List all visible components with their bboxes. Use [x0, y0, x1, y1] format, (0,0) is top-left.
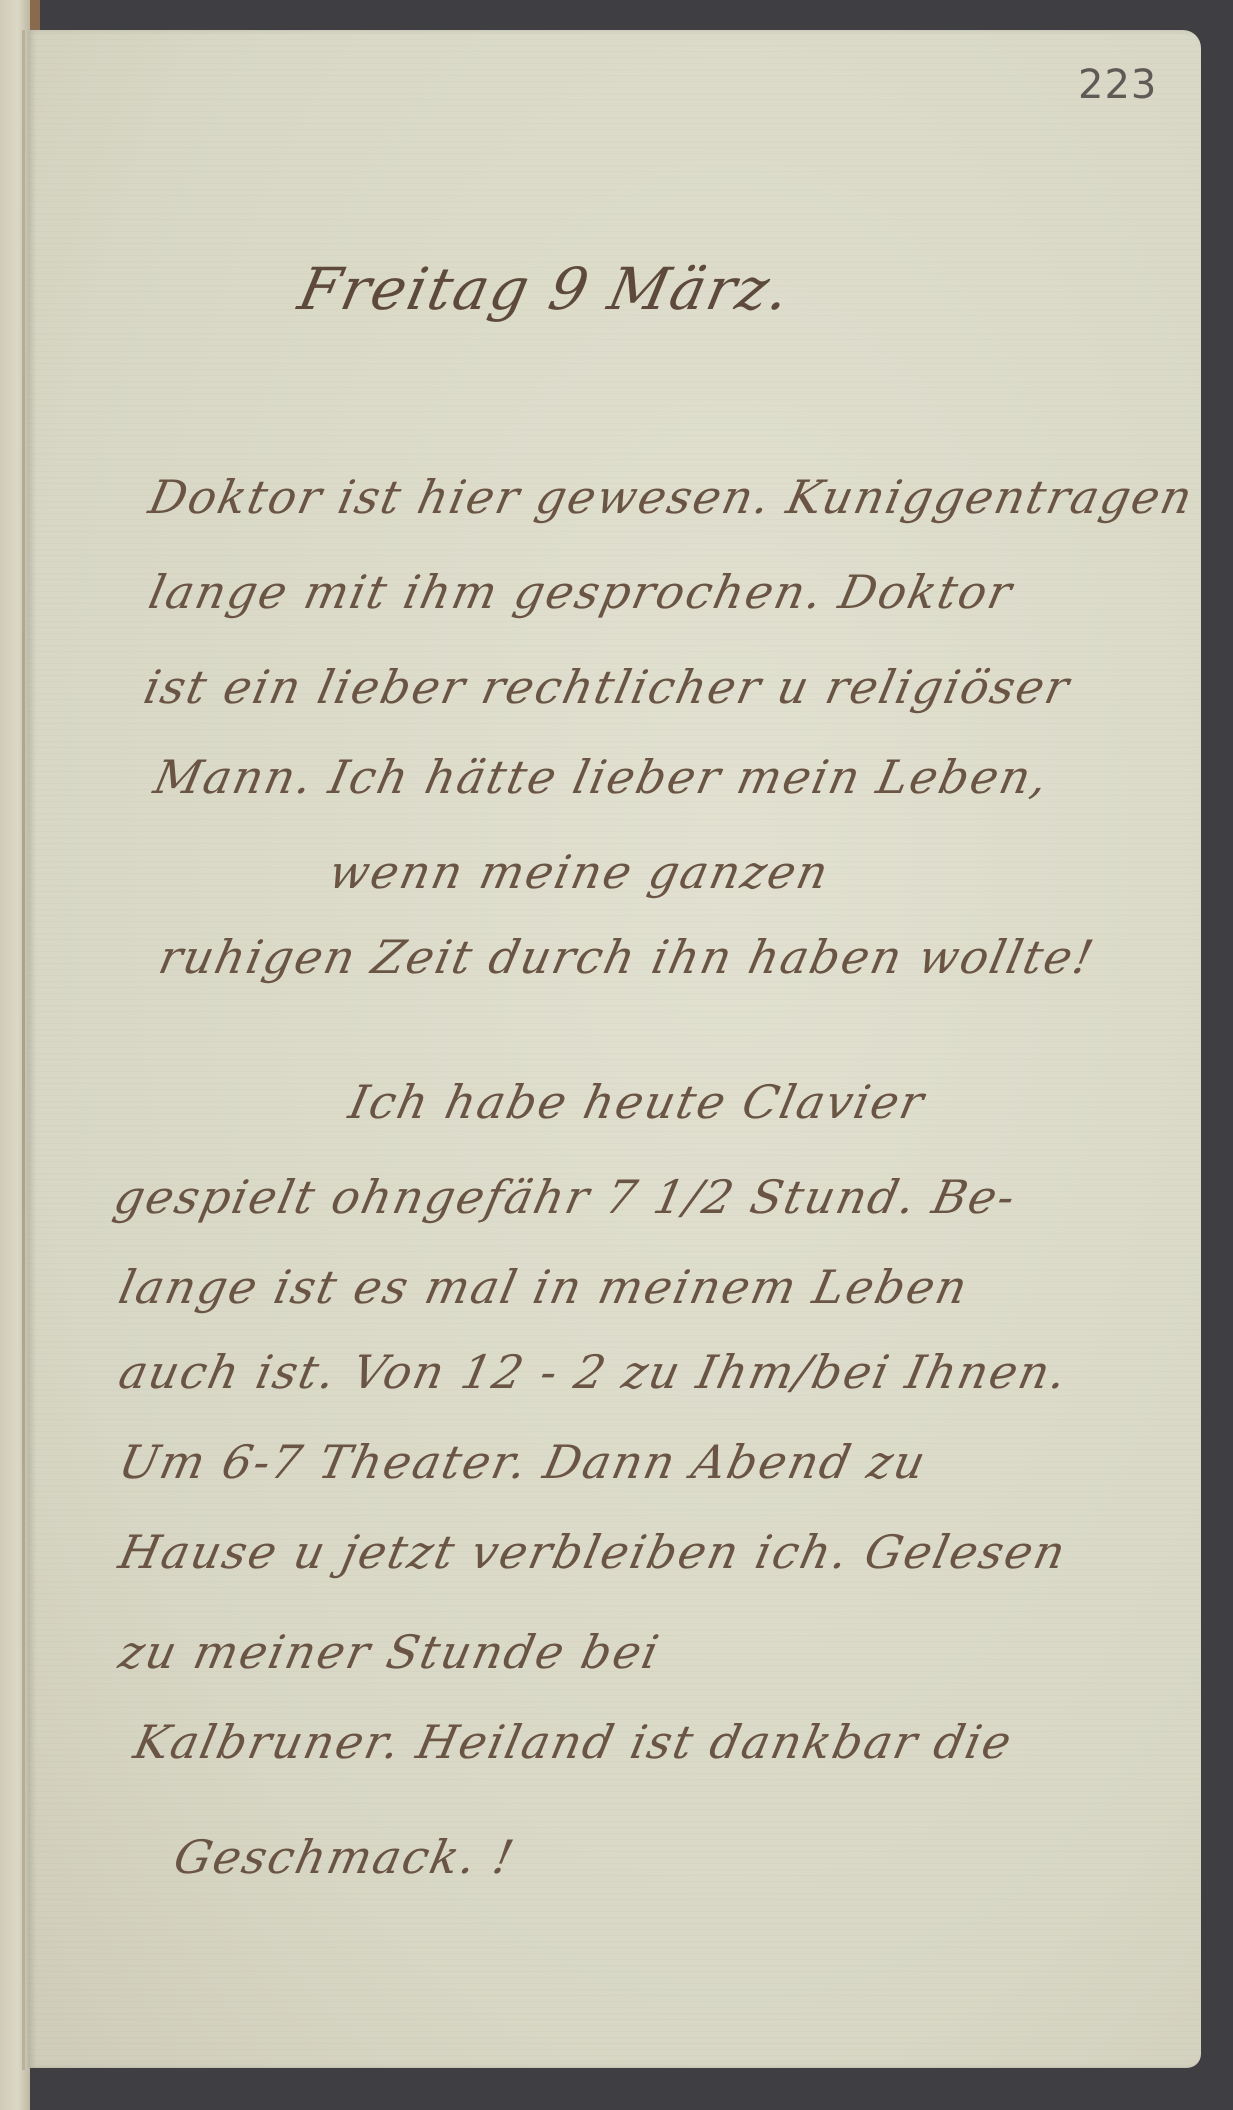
text-line: lange mit ihm gesprochen. Doktor	[144, 565, 1018, 619]
book-binding-edge	[0, 0, 30, 2110]
text-line: auch ist. Von 12 - 2 zu Ihm/bei Ihnen.	[114, 1345, 1073, 1399]
text-line: Hause u jetzt verbleiben ich. Gelesen	[114, 1525, 1072, 1579]
text-line: zu meiner Stunde bei	[114, 1625, 665, 1679]
text-line: Doktor ist hier gewesen. Kuniggentragen	[144, 470, 1199, 524]
text-line: Ich habe heute Clavier	[344, 1075, 930, 1129]
text-line: Um 6-7 Theater. Dann Abend zu	[114, 1435, 932, 1489]
text-line: lange ist es mal in meinem Leben	[114, 1260, 973, 1314]
text-line: gespielt ohngefähr 7 1/2 Stund. Be-	[109, 1170, 1021, 1224]
page-gutter-fold	[22, 30, 25, 2070]
text-line: ruhigen Zeit durch ihn haben wollte!	[154, 930, 1100, 984]
text-line: Geschmack. !	[169, 1830, 520, 1884]
date-heading: Freitag 9 März.	[293, 255, 798, 323]
text-line: Kalbruner. Heiland ist dankbar die	[129, 1715, 1018, 1769]
text-line: Mann. Ich hätte lieber mein Leben,	[149, 750, 1054, 804]
text-line: wenn meine ganzen	[324, 845, 835, 899]
folio-number: 223	[1078, 62, 1157, 108]
text-line: ist ein lieber rechtlicher u religiöser	[139, 660, 1075, 714]
